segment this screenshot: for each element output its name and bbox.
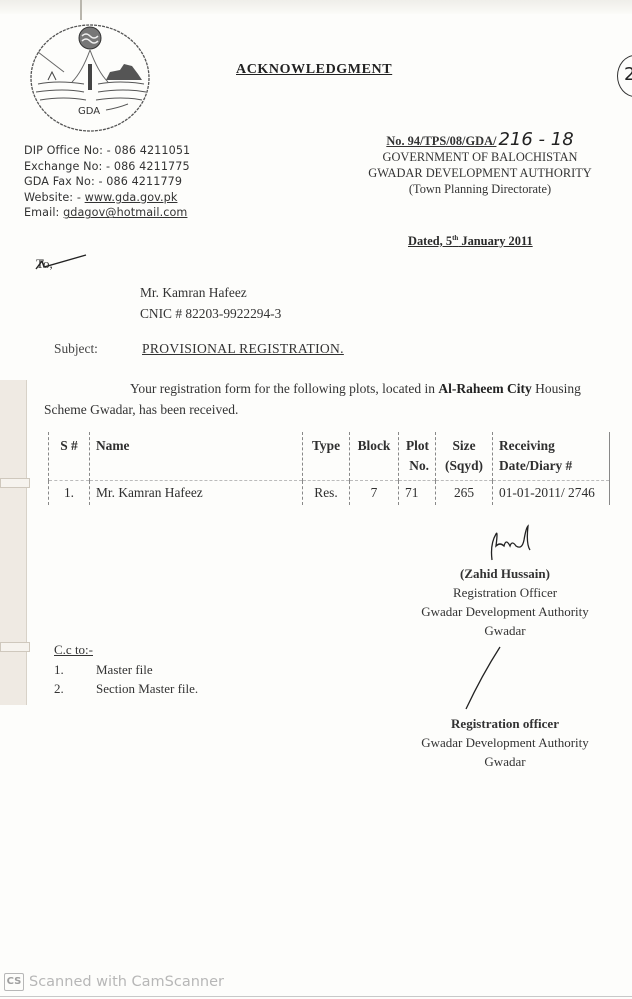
reference-number: No. 94/TPS/08/GDA/: [386, 134, 496, 148]
website-label: Website: -: [24, 191, 85, 204]
scan-top-edge: [0, 0, 632, 14]
col-header-receiving: Receiving Date/Diary #: [493, 432, 610, 481]
signatory-block-2: Registration officer Gwadar Development …: [390, 714, 620, 771]
signatory-2-title: Registration officer: [390, 714, 620, 733]
scan-edge-mark: [80, 0, 82, 20]
cc-item-number: 1.: [54, 660, 96, 680]
binder-bar: [0, 642, 30, 652]
col-header-size: Size (Sqyd): [436, 432, 493, 481]
col-header-name: Name: [90, 432, 303, 481]
org-line-government: GOVERNMENT OF BALOCHISTAN: [350, 149, 610, 165]
date-prefix: Dated, 5: [408, 234, 452, 248]
table-header-row: S # Name Type Block Plot No. Size (Sqyd)…: [49, 432, 610, 481]
col-header-plot: Plot No.: [399, 432, 436, 481]
org-line-authority: GWADAR DEVELOPMENT AUTHORITY: [350, 165, 610, 181]
org-line-directorate: (Town Planning Directorate): [350, 181, 610, 197]
cell-plot: 71: [399, 481, 436, 506]
contact-website-row: Website: - www.gda.gov.pk: [24, 190, 190, 206]
contact-dip-office: DIP Office No: - 086 4211051: [24, 143, 190, 159]
cell-name: Mr. Kamran Hafeez: [90, 481, 303, 506]
binder-bar: [0, 478, 30, 488]
col-header-type: Type: [303, 432, 350, 481]
subject-value: PROVISIONAL REGISTRATION.: [142, 341, 344, 357]
signatory-2-city: Gwadar: [390, 752, 620, 771]
camscanner-icon: CS: [4, 973, 24, 991]
signatory-2-org: Gwadar Development Authority: [390, 733, 620, 752]
signatory-city: Gwadar: [390, 621, 620, 640]
cell-size: 265: [436, 481, 493, 506]
gda-logo-icon: GDA: [28, 22, 152, 134]
page-number: 2: [624, 64, 632, 85]
binder-clip: [0, 380, 27, 705]
signature-stroke-icon: [462, 645, 502, 711]
contact-exchange: Exchange No: - 086 4211775: [24, 159, 190, 175]
col-header-sno: S #: [49, 432, 90, 481]
letterhead-contact: DIP Office No: - 086 4211051 Exchange No…: [24, 143, 190, 221]
watermark-text: Scanned with CamScanner: [29, 974, 224, 990]
cell-receiving: 01-01-2011/ 2746: [493, 481, 610, 506]
contact-fax: GDA Fax No: - 086 4211779: [24, 174, 190, 190]
body-paragraph: Your registration form for the following…: [44, 378, 604, 420]
addressee-block: Mr. Kamran Hafeez CNIC # 82203-9922294-3: [140, 282, 281, 324]
signatory-block-1: (Zahid Hussain) Registration Officer Gwa…: [390, 524, 620, 640]
date-month-year: January 2011: [458, 234, 532, 248]
signature-icon: [482, 524, 542, 564]
body-text-start: Your registration form for the following…: [130, 381, 438, 396]
date-line: Dated, 5th January 2011: [408, 234, 533, 249]
contact-email-row: Email: gdagov@hotmail.com: [24, 205, 190, 221]
svg-text:GDA: GDA: [78, 106, 100, 117]
email-label: Email:: [24, 206, 63, 219]
signatory-org: Gwadar Development Authority: [390, 602, 620, 621]
cc-item: 1.Master file: [54, 660, 198, 680]
cc-item: 2.Section Master file.: [54, 679, 198, 699]
cell-sno: 1.: [49, 481, 90, 506]
handwritten-tick-icon: [34, 253, 88, 271]
website-link[interactable]: www.gda.gov.pk: [85, 191, 178, 204]
email-link[interactable]: gdagov@hotmail.com: [63, 206, 187, 219]
cell-block: 7: [350, 481, 399, 506]
signatory-title: Registration Officer: [390, 583, 620, 602]
reference-handwritten: 216 - 18: [498, 129, 573, 150]
scan-bottom-edge: [0, 996, 632, 997]
cc-item-number: 2.: [54, 679, 96, 699]
table-row: 1. Mr. Kamran Hafeez Res. 7 71 265 01-01…: [49, 481, 610, 506]
camscanner-watermark: CS Scanned with CamScanner: [4, 973, 224, 991]
cc-block: C.c to:- 1.Master file 2.Section Master …: [54, 640, 198, 699]
cc-title: C.c to:-: [54, 640, 198, 660]
scheme-name: Al-Raheem City: [438, 381, 531, 396]
cell-type: Res.: [303, 481, 350, 506]
col-header-block: Block: [350, 432, 399, 481]
recipient-cnic: CNIC # 82203-9922294-3: [140, 303, 281, 324]
signatory-name: (Zahid Hussain): [390, 564, 620, 583]
document-title: ACKNOWLEDGMENT: [236, 62, 392, 78]
reference-block: No. 94/TPS/08/GDA/216 - 18 GOVERNMENT OF…: [350, 132, 610, 197]
cc-item-text: Section Master file.: [96, 681, 198, 696]
signature: [390, 524, 620, 564]
plots-table: S # Name Type Block Plot No. Size (Sqyd)…: [48, 432, 610, 505]
cc-item-text: Master file: [96, 662, 153, 677]
recipient-name: Mr. Kamran Hafeez: [140, 282, 281, 303]
page-number-mark: 2: [617, 55, 632, 97]
subject-label: Subject:: [54, 341, 98, 357]
